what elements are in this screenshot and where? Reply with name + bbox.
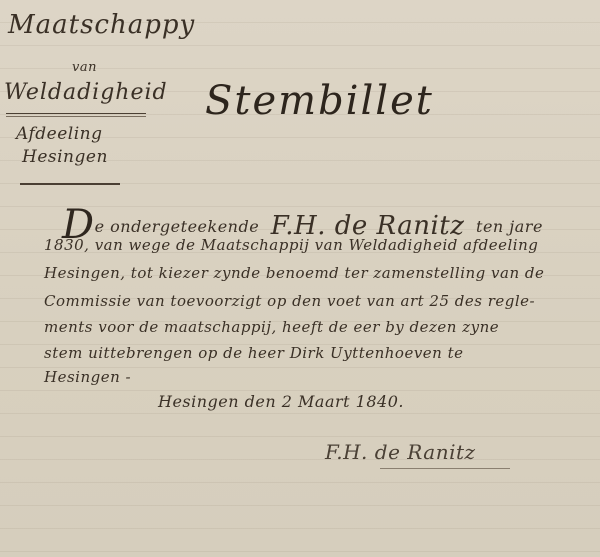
department-line1: Afdeeling [16,124,102,144]
department-underline [20,183,120,185]
document-page: Maatschappy van Weldadigheid Afdeeling H… [0,0,600,557]
header-underline-thin [6,116,146,117]
body-line-7: Hesingen - [44,368,131,386]
header-underline [6,113,146,114]
organization-name-line1: Maatschappy [8,10,195,40]
organization-name-line2: van [72,60,97,75]
document-title: Stembillet [205,78,434,124]
signature: F.H. de Ranitz [325,440,476,464]
line1-end: ten jare [476,217,543,236]
body-line-5: ments voor de maatschappij, heeft de eer… [44,318,499,336]
department-line2: Hesingen [22,147,108,167]
opening-text: e ondergeteekende [95,217,260,236]
body-line-4: Commissie van toevoorzigt op den voet va… [44,292,535,310]
body-line-3: Hesingen, tot kiezer zynde benoemd ter z… [44,264,544,282]
signature-underline [380,468,510,469]
place-and-date: Hesingen den 2 Maart 1840. [158,392,404,411]
body-line-2: 1830, van wege de Maatschappij van Welda… [44,236,538,254]
body-line-6: stem uittebrengen op de heer Dirk Uytten… [44,344,464,362]
organization-name-line3: Weldadigheid [4,80,168,105]
